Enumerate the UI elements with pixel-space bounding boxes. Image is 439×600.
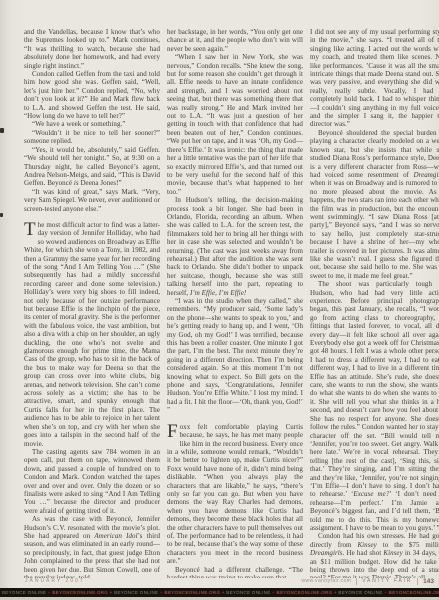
footer-website: www.vanityfair.com [302,578,352,584]
issue-date: JANUARY 2007 [25,578,85,584]
paragraph: Foxx felt comfortable playing Curtis bec… [167,423,303,566]
paragraph: The most difficult actor to find was a l… [24,221,160,448]
text-column-1: and the Vandellas, because I know that’s… [24,28,160,578]
watermark-strip: BEYONCE ONLINEBEYONCEONLINE.ORGBEYONCE O… [0,588,439,597]
paragraph: Condon called Geffen from the taxi and t… [24,70,160,120]
paragraph: In Hudson’s telling, the decision-making… [167,196,303,297]
magazine-name: VANITY FAIR [362,578,412,584]
paragraph: As was the case with Beyoncé, Jennifer H… [24,515,160,578]
paragraph: “We have a week or something.” [24,120,160,128]
drop-cap-letter: T [24,221,38,238]
paragraph: “Wouldn’t it be nice to tell her sooner?… [24,129,160,146]
paragraph: The casting agents saw 784 women in an o… [24,448,160,515]
paragraph: I did not see any of my usual performing… [310,28,439,129]
watermark-text: BEYONCEONLINE.ORG [389,590,439,595]
paragraph: Beyoncé shouldered the special burden of… [310,129,439,280]
paragraph: and the Vandellas, because I know that’s… [24,28,160,70]
watermark-text: BEYONCEONLINE.ORG [52,590,114,595]
text-column-2: her backstage, in her words, “You only g… [167,28,303,578]
paragraph: The shoot was particularly tough on Huds… [310,280,439,532]
watermark-text: BEYONCE ONLINE [2,590,52,595]
magazine-page: and the Vandellas, because I know that’s… [0,0,439,600]
paragraph: “Yes, it would be, absolutely,” said Gef… [24,146,160,188]
article-body: and the Vandellas, because I know that’s… [24,28,439,578]
paragraph: Condon had his own stresses. He had gone… [310,532,439,578]
paragraph: “When I saw her in New York, she was ner… [167,53,303,196]
text-column-3: I did not see any of my usual performing… [310,28,439,578]
paragraph: “I was in the studio when they called,” … [167,297,303,415]
page-number: 143 [423,578,434,585]
drop-cap-letter: F [167,423,180,440]
scan-artifact [0,128,4,133]
watermark-text: BEYONCE ONLINE [226,590,276,595]
folio: www.vanityfair.com VANITY FAIR 143 [302,578,434,585]
page-footer: JANUARY 2007 www.vanityfair.com VANITY F… [25,575,434,587]
watermark-text: BEYONCEONLINE.ORG [164,590,226,595]
watermark-text: BEYONCE ONLINE [114,590,164,595]
footer-divider [356,578,357,585]
scan-artifact [0,213,3,217]
paragraph: “It was kind of great,” says Mark. “Very… [24,188,160,213]
paragraph: her backstage, in her words, “You only g… [167,28,303,53]
watermark-text: BEYONCE ONLINE [338,590,388,595]
footer-divider [417,578,418,585]
watermark-text: BEYONCEONLINE.ORG [277,590,339,595]
